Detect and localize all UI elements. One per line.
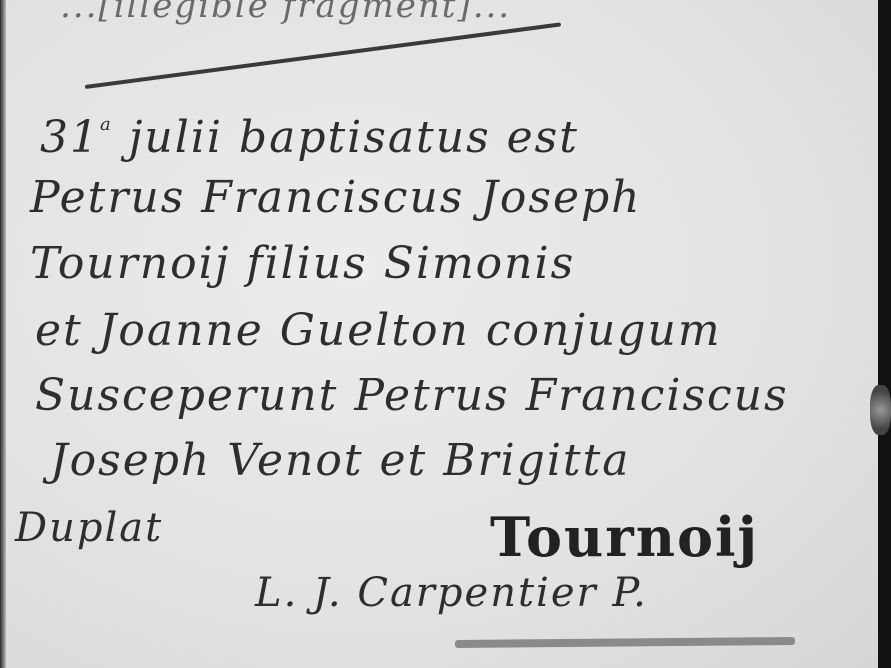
entry-line-2: Petrus Franciscus Joseph: [30, 172, 642, 223]
entry-line-6: Joseph Venot et Brigitta: [50, 435, 631, 486]
entry-line-5: Susceperunt Petrus Franciscus: [35, 370, 789, 421]
signature-father: Tournoij: [490, 505, 759, 569]
separator-stroke: [85, 22, 561, 89]
document-page: ...[illegible fragment]... 31a julii bap…: [0, 0, 880, 668]
entry-line-1: 31a julii baptisatus est: [40, 112, 579, 163]
signature-priest: L. J. Carpentier P.: [255, 570, 648, 616]
top-fragment: ...[illegible fragment]...: [60, 0, 511, 26]
date-superscript: a: [100, 114, 113, 135]
binding-thread: [870, 385, 891, 435]
book-binding: [878, 0, 891, 668]
closing-stroke: [455, 637, 795, 648]
page-edge: [0, 0, 6, 668]
date-day: 31: [40, 112, 100, 163]
date-rest: julii baptisatus est: [129, 112, 579, 163]
entry-line-4: et Joanne Guelton conjugum: [35, 305, 722, 356]
entry-line-3: Tournoij filius Simonis: [30, 238, 575, 289]
entry-line-7: Duplat: [15, 505, 163, 551]
